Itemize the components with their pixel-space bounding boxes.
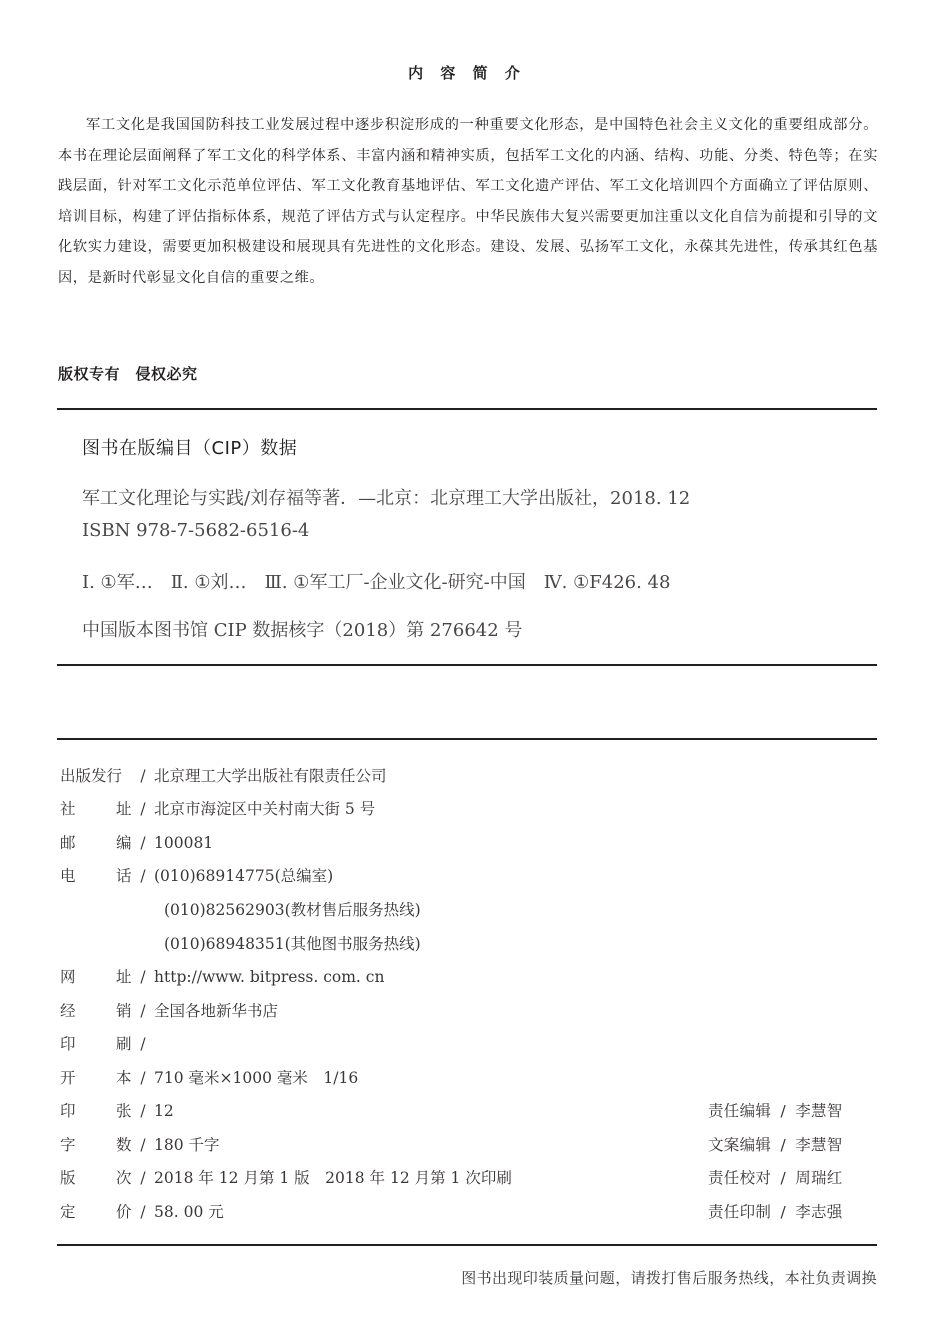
info-label-a: 网 [60,965,116,989]
info-row-publisher: 出版发行/北京理工大学出版社有限责任公司 [60,764,387,788]
info-label-b: 话 [116,864,132,888]
quality-notice: 图书出现印装质量问题，请拨打售后服务热线，本社负责调换 [461,1267,877,1288]
cip-record-line: 中国版本图书馆 CIP 数据核字（2018）第 276642 号 [82,616,522,642]
info-row-address: 社址/北京市海淀区中关村南大街 5 号 [60,797,375,821]
copyright-notice: 版权专有 侵权必究 [58,363,198,384]
info-label-a: 印 [60,1099,116,1123]
info-value: 710 毫米×1000 毫米 1/16 [154,1069,358,1087]
info-row-phone: 电话/(010)68914775(总编室) [60,864,333,888]
info-label-b: 销 [116,999,132,1023]
info-value: 12 [154,1102,174,1120]
info-row-edition: 版次/2018 年 12 月第 1 版 2018 年 12 月第 1 次印刷 [60,1166,512,1190]
info-value: (010)68914775(总编室) [154,867,333,885]
info-row-phone-3: (010)68948351(其他图书服务热线) [164,932,421,956]
info-row-word-count: 字数/180 千字 [60,1133,220,1157]
summary-title: 内 容 简 介 [0,62,934,83]
info-row-distributor: 经销/全国各地新华书店 [60,999,278,1023]
summary-paragraph: 军工文化是我国国防科技工业发展过程中逐步积淀形成的一种重要文化形态，是中国特色社… [58,110,878,294]
info-value: http://www. bitpress. com. cn [154,968,384,986]
info-label-b: 价 [116,1200,132,1224]
info-row-sheets: 印张/12 [60,1099,174,1123]
info-label: 出版发行 [60,764,132,788]
staff-copy-editor: 文案编辑/李慧智 [708,1133,843,1157]
staff-name: 李慧智 [795,1102,842,1120]
info-label-b: 次 [116,1166,132,1190]
info-label-a: 邮 [60,831,116,855]
info-separator: / [132,1133,154,1157]
cip-isbn-line: ISBN 978-7-5682-6516-4 [82,520,309,541]
info-value: 180 千字 [154,1136,220,1154]
divider-bottom-publication [57,1244,877,1246]
divider-top-publication [57,738,877,740]
info-label-a: 开 [60,1066,116,1090]
divider-top-cip [57,408,877,410]
info-label-a: 字 [60,1133,116,1157]
info-label-b: 址 [116,797,132,821]
info-value: 100081 [154,834,213,852]
staff-name: 李志强 [795,1203,842,1221]
staff-separator: / [771,1133,795,1157]
info-label-b: 址 [116,965,132,989]
staff-separator: / [771,1200,795,1224]
staff-proofreader: 责任校对/周瑞红 [708,1166,843,1190]
info-value: 58. 00 元 [154,1203,224,1221]
info-row-printer: 印刷/ [60,1032,154,1056]
info-label-a: 经 [60,999,116,1023]
info-label-a: 社 [60,797,116,821]
info-value: 全国各地新华书店 [154,1002,278,1020]
info-label-a: 版 [60,1166,116,1190]
cip-classification-line: Ⅰ. ①军… Ⅱ. ①刘… Ⅲ. ①军工厂-企业文化-研究-中国 Ⅳ. ①F42… [82,568,670,594]
staff-name: 李慧智 [795,1136,842,1154]
staff-separator: / [771,1099,795,1123]
info-row-postcode: 邮编/100081 [60,831,213,855]
info-value: 北京理工大学出版社有限责任公司 [154,767,387,785]
info-label-a: 印 [60,1032,116,1056]
info-separator: / [132,1099,154,1123]
info-row-website: 网址/http://www. bitpress. com. cn [60,965,384,989]
info-label-b: 本 [116,1066,132,1090]
staff-separator: / [771,1166,795,1190]
staff-name: 周瑞红 [795,1169,842,1187]
staff-responsible-editor: 责任编辑/李慧智 [708,1099,843,1123]
info-separator: / [132,1066,154,1090]
info-separator: / [132,864,154,888]
staff-role: 责任编辑 [708,1102,771,1120]
info-separator: / [132,965,154,989]
info-label-a: 定 [60,1200,116,1224]
cip-title-line: 军工文化理论与实践/刘存福等著．—北京：北京理工大学出版社，2018. 12 [82,484,690,510]
info-label-b: 张 [116,1099,132,1123]
staff-role: 责任印制 [708,1203,771,1221]
divider-bottom-cip [57,664,877,666]
info-separator: / [132,797,154,821]
info-label-a: 电 [60,864,116,888]
info-separator: / [132,1166,154,1190]
info-separator: / [132,1200,154,1224]
info-label-b: 刷 [116,1032,132,1056]
info-row-price: 定价/58. 00 元 [60,1200,224,1224]
info-row-format: 开本/710 毫米×1000 毫米 1/16 [60,1066,358,1090]
info-separator: / [132,999,154,1023]
info-row-phone-2: (010)82562903(教材售后服务热线) [164,898,421,922]
info-label-b: 数 [116,1133,132,1157]
info-value: 北京市海淀区中关村南大街 5 号 [154,800,375,818]
info-separator: / [132,1032,154,1056]
cip-heading: 图书在版编目（CIP）数据 [82,434,297,460]
info-separator: / [132,831,154,855]
info-value: 2018 年 12 月第 1 版 2018 年 12 月第 1 次印刷 [154,1169,512,1187]
info-separator: / [132,764,154,788]
info-label-b: 编 [116,831,132,855]
staff-print-supervisor: 责任印制/李志强 [708,1200,843,1224]
staff-role: 文案编辑 [708,1136,771,1154]
staff-role: 责任校对 [708,1169,771,1187]
